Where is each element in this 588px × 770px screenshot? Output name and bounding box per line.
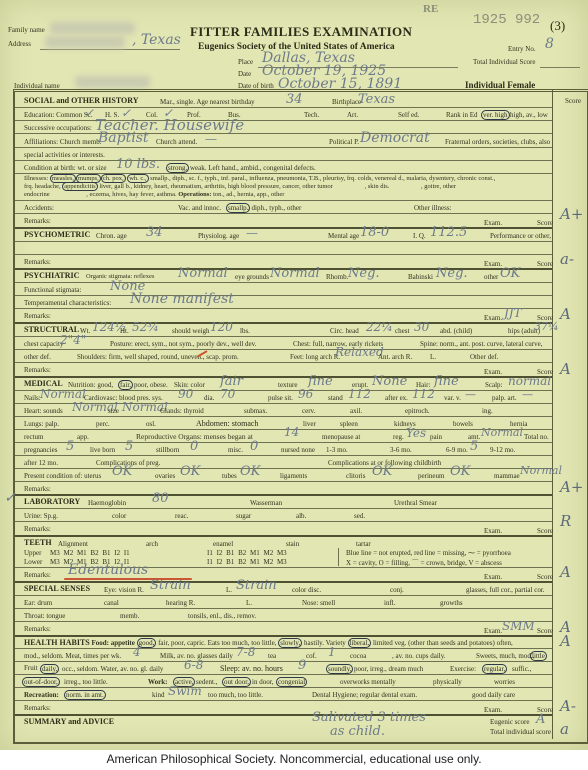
tonsils-label: tonsils, enl., dis., remov.: [188, 612, 256, 620]
total-individual-score-label: Total individual score: [490, 728, 551, 736]
operations-list: ton., ad., hernia, app., other: [213, 191, 284, 198]
rhomb-value: Neg.: [348, 266, 380, 281]
pulse-label: pulse sit.: [268, 394, 293, 402]
record-suffix: (3): [550, 18, 565, 34]
perineum-label: perineum: [418, 472, 444, 480]
teeth-grade: A: [560, 563, 571, 581]
abdomen-liver: liver: [303, 420, 316, 428]
after-ex-label: after ex.: [385, 394, 408, 402]
nails-label: Nails:: [24, 394, 41, 402]
should-weigh-value: 120: [210, 320, 233, 334]
physically-label: physically: [433, 678, 462, 686]
divider: [15, 621, 552, 622]
arch-label: arch: [146, 540, 158, 548]
lab-check-mark: ✓: [4, 490, 16, 506]
stillborn-value: 0: [190, 439, 198, 454]
divider: [15, 661, 552, 662]
outdoor-circled: out-of-door,: [22, 677, 60, 687]
functional-label: Functional stigmata:: [24, 286, 81, 294]
varv-value: —: [465, 388, 476, 401]
nails-value: Normal: [40, 387, 86, 401]
menopause-label: menopause at: [322, 433, 360, 441]
teeth-title: TEETH: [24, 538, 52, 547]
political-value: Democrat: [360, 130, 430, 146]
vision-r-value: Strain: [150, 578, 191, 593]
iq-label: I. Q.: [413, 232, 426, 240]
hips-value: 37¼: [534, 320, 559, 333]
fruit-rest: occ., seldom. Water, av. no. gl. daily: [62, 665, 163, 673]
vac-label: Vac. and innoc.: [178, 204, 221, 212]
entry-value: 8: [545, 36, 554, 52]
misc-label: misc.: [228, 446, 243, 454]
variety-liberal: liberal,: [348, 638, 372, 648]
urethral-label: Urethral Smear: [394, 499, 437, 507]
reflexes-value: Normal: [178, 266, 228, 281]
chron-age-value: 34: [146, 225, 163, 240]
special-label: special activities or interests.: [24, 151, 105, 159]
section-divider: [15, 714, 552, 716]
section-divider: [15, 535, 552, 537]
other-illness-label: Other illness:: [414, 204, 452, 212]
laboratory-grade: R: [560, 512, 571, 530]
nursed-label: nursed none: [281, 446, 315, 454]
divider: [15, 481, 552, 482]
illnesses-label: Illnesses:: [24, 175, 48, 182]
height-value: 52¾: [132, 320, 159, 334]
nutrition-circled: fair,: [118, 380, 133, 390]
section-divider: [15, 581, 552, 583]
medical-remarks-label: Remarks:: [24, 485, 51, 493]
social-grade: A+: [560, 205, 583, 223]
nursed-1-3: 1-3 mo.: [326, 446, 348, 454]
enamel-label: enamel: [213, 540, 233, 548]
babinski-label: Babinski: [408, 273, 433, 281]
place-label: Place: [238, 58, 253, 66]
section-divider: [15, 376, 552, 378]
dia-value: 70: [220, 387, 235, 401]
health-remarks-label: Remarks:: [24, 704, 51, 712]
senses-exam-label: Exam.: [484, 627, 502, 635]
circ-head-label: Circ. head: [330, 327, 359, 335]
kind-value: Swim: [168, 684, 202, 698]
meat-value: 4: [133, 645, 141, 659]
eye-grounds-value: Normal: [270, 266, 320, 281]
coffee-label: cof.: [306, 652, 317, 660]
upper-teeth-left: M3 M2 M1 B2 B1 I2 I1: [50, 549, 130, 557]
total-score-label: Total Individual Score: [473, 58, 536, 66]
redacted-address: [45, 36, 125, 48]
nutrition-rest: poor, obese.: [134, 381, 168, 389]
scalp-label: Scalp:: [485, 381, 503, 389]
ovaries-value: OK: [180, 464, 200, 479]
gland-submax: submax.: [244, 407, 268, 415]
divider: [15, 608, 552, 609]
section-divider: [15, 227, 552, 229]
sleep-value: 9: [298, 658, 306, 673]
redacted-individual-name: [75, 76, 150, 88]
abdomen-label: Abdomen: stomach: [196, 419, 258, 428]
varv-label: var. v.: [444, 394, 461, 402]
illnesses-line-1: Illnesses: measles,mumps,ch. pox, wh. c.…: [24, 175, 495, 182]
temperamental-label: Temperamental characteristics:: [24, 299, 111, 307]
mental-age-label: Mental age: [328, 232, 359, 240]
address-value: , Texas: [132, 32, 181, 48]
psychometric-remarks-label: Remarks:: [24, 258, 51, 266]
coffee-value: 1: [328, 645, 336, 659]
heart-size-label: size: [108, 407, 119, 415]
illnesses-line-2: frq. headache, appendicitis liver, gall …: [24, 183, 456, 190]
laboratory-score-label: Score: [537, 527, 553, 535]
date-label: Date: [238, 70, 251, 78]
political-label: Political P.: [329, 138, 359, 146]
summary-note-2: as child.: [330, 724, 385, 739]
other-def2-label: Other def.: [470, 353, 498, 361]
urine-alb: alb.: [296, 512, 306, 520]
exercise-rest: suffic.,: [512, 665, 531, 673]
health-grade: A-: [560, 697, 576, 715]
sleep-label: Sleep: av. no. hours: [220, 664, 283, 673]
pulse-value: 96: [298, 387, 313, 401]
entry-label: Entry No.: [508, 45, 536, 53]
urine-label: Urine: Sp.g.: [24, 512, 58, 520]
stillborn-label: stillborn: [156, 446, 179, 454]
feet-label: Feet: long arch R.: [290, 353, 340, 361]
meat-label: mod., seldom. Meat, times per wk.: [24, 652, 121, 660]
urine-sed: sed.: [354, 512, 365, 520]
laboratory-exam-label: Exam.: [484, 527, 502, 535]
form-title: FITTER FAMILIES EXAMINATION: [190, 24, 412, 40]
posture-label: Posture: erect, sym., not sym., poorly d…: [110, 340, 256, 348]
senses-remarks-label: Remarks:: [24, 625, 51, 633]
shoulders-label: Shoulders: firm, well shaped, round, une…: [77, 353, 239, 361]
dental-label: Dental Hygiene; regular dental exam.: [312, 691, 417, 699]
ear-label: Ear: drum: [24, 599, 52, 607]
birth-strong: strong,: [166, 163, 189, 173]
divider: [15, 282, 552, 283]
memb-label: memb.: [120, 612, 139, 620]
divider: [15, 674, 552, 675]
fruit-label: Fruit: [24, 664, 38, 672]
social-score-label: Score: [537, 219, 553, 227]
hastily: hastily. Variety: [304, 639, 346, 647]
wasserman-label: Wasserman: [250, 499, 282, 507]
divider: [15, 349, 552, 350]
sweets-circled: little: [530, 651, 547, 661]
copyright-footer: American Philosophical Society. Noncomme…: [0, 752, 588, 766]
teeth-remarks-label: Remarks:: [24, 571, 51, 579]
recreation-label: Recreation:: [24, 691, 59, 699]
clitoris-value: OK: [372, 464, 392, 479]
lungs-label: Lungs: palp.: [24, 420, 59, 428]
illness-headache: frq. headache,: [24, 183, 61, 190]
laboratory-title: LABORATORY: [24, 497, 80, 506]
sleep-rest: poor, irreg., dream much: [354, 665, 423, 673]
psychometric-title: PSYCHOMETRIC: [24, 230, 90, 239]
senses-exam-initials: SMM: [502, 619, 535, 633]
education-label: Education: Common Sc.: [24, 111, 93, 119]
tea-label: tea: [268, 652, 276, 660]
kind-label: kind: [152, 691, 164, 699]
address-line: [40, 48, 180, 50]
food-label: Food: appetite: [91, 639, 134, 647]
palp-value: —: [522, 388, 533, 401]
psychiatric-title: PSYCHIATRIC: [24, 271, 79, 280]
teeth-divider: [338, 548, 339, 566]
menses-value: 14: [284, 425, 299, 439]
dental-care-label: good daily care: [472, 691, 515, 699]
nursed-6-9-value: 5: [470, 439, 478, 454]
cocoa-label: cocoa: [350, 652, 366, 660]
scalp-value: normal: [508, 374, 551, 388]
erupt-value: None: [372, 374, 407, 389]
mental-age-value: 18-0: [360, 225, 389, 240]
eye-grounds-label: eye grounds: [235, 273, 269, 281]
milk-value: 7-8: [236, 645, 255, 659]
worries-label: worries: [494, 678, 515, 686]
physiolog-age-label: Physiolog. age: [198, 232, 239, 240]
alignment-label: Alignment: [58, 540, 88, 548]
work-indoor: in door,: [252, 678, 274, 686]
physiolog-age-value: —: [246, 226, 258, 240]
health-line-1: HEALTH HABITS Food: appetite good, fair,…: [24, 638, 513, 647]
other-def-label: other def.: [24, 353, 51, 361]
occupations-label: Successive occupations:: [24, 124, 92, 132]
vac-rest: , diph., typh., other: [248, 204, 301, 212]
chest-label: chest: [395, 327, 409, 335]
health-grade-top: A: [560, 632, 571, 650]
divider: [15, 295, 552, 296]
age-value: 34: [286, 92, 303, 107]
lower-teeth-right: I1 I2 B1 B2 M1 M2 M3: [207, 558, 287, 566]
church-attend-label: Church attend.: [156, 138, 197, 146]
health-title: HEALTH HABITS: [24, 638, 90, 647]
total-individual-score-value: a: [560, 720, 569, 738]
lbs-label: lbs.: [240, 327, 250, 335]
gland-axil: axil.: [350, 407, 362, 415]
canal-label: canal: [104, 599, 119, 607]
urine-reac: reac.: [175, 512, 188, 520]
divider: [15, 648, 552, 649]
education-self: Self ed.: [398, 111, 419, 119]
reg-value: Yes: [406, 426, 426, 440]
re-stamp: RE: [423, 3, 438, 15]
rank-circled: ver. high: [481, 110, 510, 120]
texture-label: texture: [278, 381, 297, 389]
variety-rest: limited veg. (other than seeds and potat…: [373, 639, 513, 647]
color-disc-label: color disc.: [292, 586, 321, 594]
amt-value: Normal: [481, 426, 523, 439]
clitoris-label: clitoris: [346, 472, 365, 480]
affiliations-label: Affiliations: Church memb.: [24, 138, 101, 146]
divider: [15, 133, 552, 134]
temperamental-value: None manifest: [130, 291, 234, 307]
psychometric-score-label: Score: [537, 260, 553, 268]
divider: [15, 160, 552, 161]
divider: [15, 213, 552, 214]
app-label: app.: [77, 433, 89, 441]
chest-value: 30: [414, 320, 429, 334]
outdoor-rest: irreg., too little.: [64, 678, 108, 686]
birth-label: Condition at birth: wt. or size: [24, 164, 106, 172]
nursed-6-9: 6-9 mo.: [446, 446, 468, 454]
tartar-label: tartar: [356, 540, 371, 548]
illness-skin: , skin dis.: [364, 183, 389, 190]
sweets-label: Sweets, much, mod.,: [476, 652, 534, 660]
divider: [15, 107, 552, 108]
teeth-legend-1: Blue line = not erupted, red line = miss…: [346, 549, 511, 557]
hair-value: fine: [434, 374, 459, 389]
recreation-circled: norm. in amt.: [64, 690, 106, 700]
eating-slowly: slowly,: [278, 638, 302, 648]
lungs-perc: perc.: [96, 420, 110, 428]
birthplace-label: Birthplace: [332, 98, 361, 106]
operations-label: Operations:: [178, 191, 211, 198]
vision-l-label: L.: [226, 586, 232, 594]
illness-whc: wh. c.,: [127, 174, 148, 183]
babinski-value: Neg.: [436, 266, 468, 281]
divider: [15, 308, 552, 309]
eugenic-score-value: A: [536, 712, 545, 727]
church-attend-value: —: [205, 132, 217, 146]
height-label: Ht.: [120, 327, 129, 335]
illnesses-line-3: endocrine , eczema, hives, hay fever, as…: [24, 191, 284, 198]
rectum-label: rectum: [24, 433, 43, 441]
hearing-label: hearing R.: [166, 599, 195, 607]
ovaries-label: ovaries: [155, 472, 175, 480]
pregnancies-value: 5: [66, 439, 74, 454]
rank-label: Rank in Ed: [446, 111, 478, 119]
illness-chpox: ch. pox,: [101, 174, 126, 183]
growths-label: growths: [440, 599, 463, 607]
circ-head-value: 22¼: [366, 320, 393, 334]
water-value: 6-8: [184, 658, 203, 672]
lungs-osl: osl.: [146, 420, 156, 428]
total-no-label: Total no.: [524, 433, 549, 441]
fruit-circled: daily,: [40, 664, 59, 674]
chest-capacity-label: chest capacity: [24, 340, 63, 348]
senses-title: SPECIAL SENSES: [24, 584, 90, 593]
education-tech: Tech.: [304, 111, 319, 119]
liveborn-value: 5: [125, 439, 133, 454]
pregnancies-label: pregnancies: [24, 446, 57, 454]
record-number: 1925 992: [473, 12, 540, 28]
abd-label: abd. (child): [440, 327, 472, 335]
structural-exam-label: Exam.: [484, 368, 502, 376]
section-divider: [15, 494, 552, 496]
work-label: Work:: [148, 678, 167, 686]
gland-ing: ing.: [482, 407, 493, 415]
glands-label: Glands: thyroid: [160, 407, 204, 415]
performance-label: Performance or other,: [490, 232, 551, 240]
address-label: Address: [8, 40, 31, 48]
structural-grade: A: [560, 360, 571, 378]
marital-label: Mar., single. Age nearest birthday: [160, 98, 255, 106]
gland-epitroch: epitroch.: [405, 407, 430, 415]
infl-label: infl.: [384, 599, 395, 607]
chest-capacity-value: 2"4": [60, 333, 86, 347]
psych-other-label: other: [484, 273, 498, 281]
divider: [15, 241, 552, 242]
chron-age-label: Chron. age: [96, 232, 127, 240]
l-label: L.: [430, 353, 436, 361]
social-exam-label: Exam.: [484, 219, 502, 227]
divider: [15, 362, 552, 363]
divider: [15, 468, 552, 469]
gland-cerv: cerv.: [302, 407, 315, 415]
upper-label: Upper: [24, 549, 42, 557]
vision-r-label: Eye: vision R.: [104, 586, 144, 594]
divider: [15, 455, 552, 456]
health-exam-label: Exam.: [484, 706, 502, 714]
abdomen-spleen: spleen: [340, 420, 358, 428]
overworks-label: overworks mentally: [340, 678, 396, 686]
tubes-value: OK: [240, 464, 260, 479]
ant-arch-label: Ant. arch R.: [378, 353, 412, 361]
divider: [15, 200, 552, 201]
stand-value: 112: [348, 387, 371, 401]
social-title: SOCIAL and OTHER HISTORY: [24, 96, 139, 105]
vision-l-value: Strain: [236, 578, 277, 593]
misc-value: 0: [250, 439, 258, 454]
dia-label: dia.: [204, 394, 214, 402]
glasses-label: glasses, full cor., partial cor.: [466, 586, 545, 594]
divider: [15, 700, 552, 701]
heart-label: Heart: sounds: [24, 407, 63, 415]
divider: [15, 508, 552, 509]
divider: [15, 254, 552, 255]
spine-label: Spine: norm., ant. post. curve, lateral …: [420, 340, 542, 348]
tubes-label: tubes: [222, 472, 237, 480]
education-check-common: ✓: [84, 106, 94, 120]
illness-appendicitis: appendicitis: [62, 182, 97, 191]
divider: [15, 416, 552, 417]
should-weigh-label: should weigh: [172, 327, 210, 335]
social-remarks-label: Remarks:: [24, 217, 51, 225]
after-12-label: after 12 mo.: [24, 459, 58, 467]
nose-label: Nose: smell: [302, 599, 335, 607]
psychiatric-remarks-label: Remarks:: [24, 312, 51, 320]
urine-color: color: [112, 512, 126, 520]
conj-label: conj.: [390, 586, 404, 594]
lower-label: Lower: [24, 558, 42, 566]
psychiatric-exam-initials: JJT: [504, 306, 522, 320]
pain-label: pain: [430, 433, 442, 441]
mammae-label: mammae: [494, 472, 520, 480]
psychiatric-grade: A: [560, 305, 571, 323]
teeth-exam-label: Exam.: [484, 573, 502, 581]
hearing-l-label: L.: [246, 599, 252, 607]
liveborn-label: live born: [90, 446, 115, 454]
after-ex-value: 112: [412, 387, 435, 401]
divider: [15, 687, 552, 688]
sleep-soundly: soundly,: [326, 664, 353, 674]
summary-title: SUMMARY and ADVICE: [24, 717, 114, 726]
perineum-value: OK: [450, 464, 470, 479]
feet-value: Relaxed: [335, 345, 384, 359]
birth-weight: 10 lbs.: [116, 157, 160, 172]
summary-note-1: Salivated 3 times: [312, 710, 426, 725]
ligaments-label: ligaments: [280, 472, 307, 480]
cups-label: , av. no. cups daily.: [392, 652, 446, 660]
laboratory-remarks-label: Remarks:: [24, 525, 51, 533]
psychometric-grade: a-: [560, 250, 574, 268]
accidents-label: Accidents:: [24, 204, 54, 212]
work-congenial: congenial: [276, 677, 307, 687]
family-name-label: Family name: [8, 26, 45, 34]
senses-score-label: Score: [537, 627, 553, 635]
rhomb-label: Rhomb.: [326, 273, 348, 281]
upper-teeth-right: I1 I2 B1 B2 M1 M2 M3: [207, 549, 287, 557]
